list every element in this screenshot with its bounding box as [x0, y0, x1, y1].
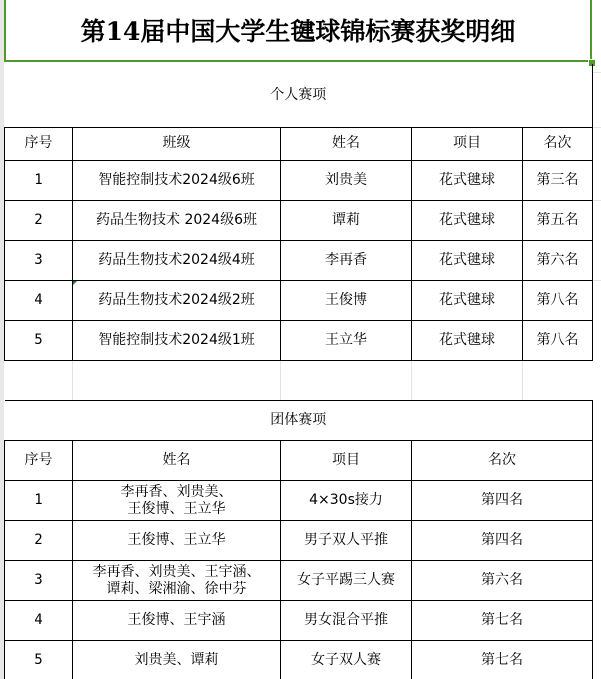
cell-rank[interactable]: 第七名 — [412, 641, 593, 679]
header-event[interactable]: 项目 — [281, 441, 412, 481]
team-table: 团体赛项 序号 姓名 项目 名次 1 李再香、刘贵美、 王俊博、王立华 4×30… — [4, 400, 593, 679]
cell-rank[interactable]: 第五名 — [523, 200, 593, 240]
sheet-title: 第14届中国大学生毽球锦标赛获奖明细 — [81, 12, 516, 48]
gridline — [592, 280, 601, 281]
gridline — [411, 360, 412, 400]
gridline — [592, 127, 601, 128]
cell-no[interactable]: 4 — [5, 280, 73, 320]
cell-class[interactable]: 药品生物技术 2024级6班 — [73, 200, 281, 240]
cell-no[interactable]: 3 — [5, 240, 73, 280]
cell-no[interactable]: 1 — [5, 160, 73, 200]
cell-class[interactable]: 智能控制技术2024级1班 — [73, 320, 281, 360]
cell-event[interactable]: 花式毽球 — [412, 240, 523, 280]
gridline — [280, 360, 281, 400]
cell-name[interactable]: 刘贵美 — [281, 160, 412, 200]
header-rank[interactable]: 名次 — [412, 441, 593, 481]
table-row: 4 王俊博、王宇涵 男女混合平推 第七名 — [5, 601, 593, 641]
cell-rank[interactable]: 第四名 — [412, 481, 593, 521]
table-row: 3 药品生物技术2024级4班 李再香 花式毽球 第六名 — [5, 240, 593, 280]
cell-name[interactable]: 谭莉 — [281, 200, 412, 240]
cell-event[interactable]: 男女混合平推 — [281, 601, 412, 641]
cell-no[interactable]: 4 — [5, 601, 73, 641]
cell-event[interactable]: 花式毽球 — [412, 200, 523, 240]
cell-event[interactable]: 女子平踢三人赛 — [281, 561, 412, 601]
cell-name[interactable]: 王俊博 — [281, 280, 412, 320]
table-row: 3 李再香、刘贵美、王宇涵、 谭莉、梁湘渝、徐中芬 女子平踢三人赛 第六名 — [5, 561, 593, 601]
sheet-title-cell[interactable]: 第14届中国大学生毽球锦标赛获奖明细 — [4, 0, 592, 62]
header-class[interactable]: 班级 — [73, 127, 281, 160]
header-rank[interactable]: 名次 — [523, 127, 593, 160]
cell-rank[interactable]: 第八名 — [523, 280, 593, 320]
header-event[interactable]: 项目 — [412, 127, 523, 160]
gridline — [592, 200, 601, 201]
header-name[interactable]: 姓名 — [281, 127, 412, 160]
cell-no[interactable]: 5 — [5, 320, 73, 360]
table-row: 1 智能控制技术2024级6班 刘贵美 花式毽球 第三名 — [5, 160, 593, 200]
table-row: 5 刘贵美、谭莉 女子双人赛 第七名 — [5, 641, 593, 679]
cell-rank[interactable]: 第七名 — [412, 601, 593, 641]
gridline — [522, 360, 523, 400]
section-row: 个人赛项 — [5, 64, 593, 127]
cell-class[interactable]: 智能控制技术2024级6班 — [73, 160, 281, 200]
cell-rank[interactable]: 第三名 — [523, 160, 593, 200]
cell-names[interactable]: 王俊博、王宇涵 — [73, 601, 281, 641]
cell-no[interactable]: 5 — [5, 641, 73, 679]
names-line: 谭莉、梁湘渝、徐中芬 — [73, 581, 280, 598]
cell-names[interactable]: 李再香、刘贵美、王宇涵、 谭莉、梁湘渝、徐中芬 — [73, 561, 281, 601]
names-line: 李再香、刘贵美、王宇涵、 — [73, 564, 280, 581]
cell-event[interactable]: 花式毽球 — [412, 160, 523, 200]
cell-rank[interactable]: 第四名 — [412, 521, 593, 561]
cell-names[interactable]: 刘贵美、谭莉 — [73, 641, 281, 679]
cell-rank[interactable]: 第八名 — [523, 320, 593, 360]
cell-no[interactable]: 2 — [5, 200, 73, 240]
cell-no[interactable]: 2 — [5, 521, 73, 561]
cell-rank[interactable]: 第六名 — [412, 561, 593, 601]
cell-rank[interactable]: 第六名 — [523, 240, 593, 280]
header-no[interactable]: 序号 — [5, 127, 73, 160]
cell-event[interactable]: 花式毽球 — [412, 280, 523, 320]
cell-name[interactable]: 王立华 — [281, 320, 412, 360]
table-row: 4 药品生物技术2024级2班 王俊博 花式毽球 第八名 — [5, 280, 593, 320]
cell-names[interactable]: 李再香、刘贵美、 王俊博、王立华 — [73, 481, 281, 521]
gridline — [592, 72, 601, 73]
cell-name[interactable]: 李再香 — [281, 240, 412, 280]
cell-no[interactable]: 1 — [5, 481, 73, 521]
table-row: 2 王俊博、王立华 男子双人平推 第四名 — [5, 521, 593, 561]
table-row: 1 李再香、刘贵美、 王俊博、王立华 4×30s接力 第四名 — [5, 481, 593, 521]
header-no[interactable]: 序号 — [5, 441, 73, 481]
cell-class[interactable]: 药品生物技术2024级4班 — [73, 240, 281, 280]
gridline — [72, 360, 73, 400]
section-title-team[interactable]: 团体赛项 — [5, 401, 593, 441]
cell-comment-indicator[interactable] — [73, 281, 77, 285]
individual-table: 个人赛项 序号 班级 姓名 项目 名次 1 智能控制技术2024级6班 刘贵美 … — [4, 64, 593, 361]
cell-event[interactable]: 花式毽球 — [412, 320, 523, 360]
cell-event[interactable]: 男子双人平推 — [281, 521, 412, 561]
header-names[interactable]: 姓名 — [73, 441, 281, 481]
names-line: 王俊博、王立华 — [73, 501, 280, 518]
cell-event[interactable]: 女子双人赛 — [281, 641, 412, 679]
header-row: 序号 班级 姓名 项目 名次 — [5, 127, 593, 160]
cell-class[interactable]: 药品生物技术2024级2班 — [73, 280, 281, 320]
cell-no[interactable]: 3 — [5, 561, 73, 601]
cell-event[interactable]: 4×30s接力 — [281, 481, 412, 521]
header-row: 序号 姓名 项目 名次 — [5, 441, 593, 481]
section-title-individual[interactable]: 个人赛项 — [5, 64, 593, 127]
cell-names[interactable]: 王俊博、王立华 — [73, 521, 281, 561]
table-row: 2 药品生物技术 2024级6班 谭莉 花式毽球 第五名 — [5, 200, 593, 240]
table-row: 5 智能控制技术2024级1班 王立华 花式毽球 第八名 — [5, 320, 593, 360]
names-line: 李再香、刘贵美、 — [73, 484, 280, 501]
section-row: 团体赛项 — [5, 401, 593, 441]
